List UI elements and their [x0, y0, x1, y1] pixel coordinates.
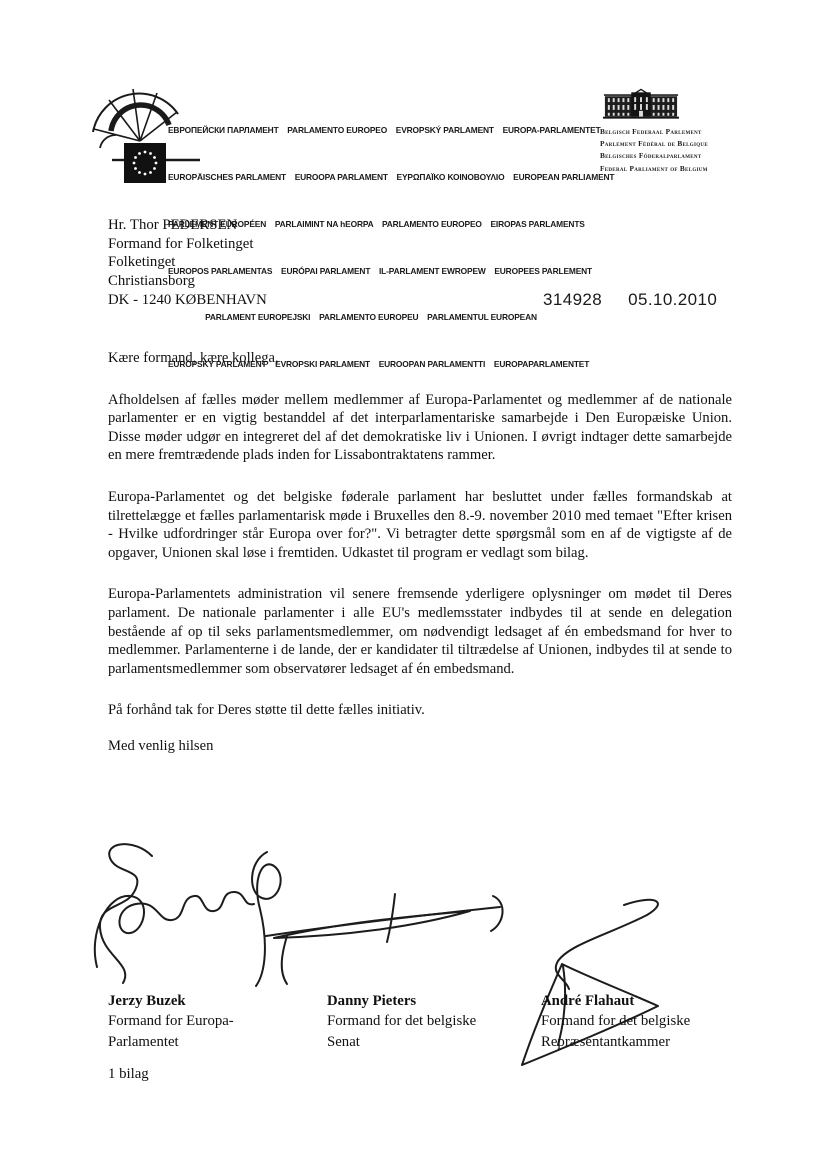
enclosure-note: 1 bilag [108, 1066, 149, 1083]
letter-body: Kære formand, kære kollega, Afholdelsen … [108, 349, 732, 779]
reference-number: 314928 [543, 290, 602, 310]
eu-flag-icon [124, 143, 166, 183]
body-paragraph: Europa-Parlamentets administration vil s… [108, 585, 732, 678]
signatory-buzek: Jerzy Buzek Formand for Europa- Parlamen… [108, 991, 234, 1052]
belgian-parliament-name-line: Belgisches Föderalparlament [600, 150, 740, 162]
signatory-title: Senat [327, 1032, 476, 1052]
signatory-title: Formand for det belgiske [327, 1011, 476, 1031]
thanks-line: På forhånd tak for Deres støtte til dett… [108, 701, 732, 720]
ep-name-line: PARLAMENT EUROPEJSKI PARLAMENTO EUROPEU … [168, 310, 574, 326]
signatory-name: Danny Pieters [327, 991, 476, 1011]
signatory-flahaut: André Flahaut Formand for det belgiske R… [541, 991, 690, 1052]
recipient-address: Hr. Thor PEDERSEN Formand for Folketinge… [108, 216, 267, 310]
signatory-name: André Flahaut [541, 991, 690, 1011]
belgian-parliament-name-line: Federal Parliament of Belgium [600, 163, 740, 175]
recipient-building: Christiansborg [108, 272, 267, 291]
letter-page: ЕВРОПЕЙСКИ ПАРЛАМЕНТ PARLAMENTO EUROPEO … [0, 0, 827, 1169]
belgian-parliament-logo: Belgisch Federaal Parlement Parlement Fé… [600, 88, 740, 175]
belgian-parliament-name-line: Belgisch Federaal Parlement [600, 126, 740, 138]
recipient-institution: Folketinget [108, 253, 267, 272]
belgian-parliament-name-line: Parlement Fédéral de Belgique [600, 138, 740, 150]
body-paragraph: Europa-Parlamentet og det belgiske føder… [108, 488, 732, 562]
salutation: Kære formand, kære kollega, [108, 349, 732, 368]
body-paragraph: Afholdelsen af fælles møder mellem medle… [108, 391, 732, 465]
signatory-title: Formand for det belgiske [541, 1011, 690, 1031]
signatory-pieters: Danny Pieters Formand for det belgiske S… [327, 991, 476, 1052]
parliament-building-icon [602, 88, 680, 122]
signatory-title: Formand for Europa- [108, 1011, 234, 1031]
ep-name-line: EUROPÄISCHES PARLAMENT EUROOPA PARLAMENT… [168, 170, 574, 186]
signature-pieters [252, 884, 516, 988]
signatory-title: Parlamentet [108, 1032, 234, 1052]
signatory-name: Jerzy Buzek [108, 991, 234, 1011]
reference-block: 314928 05.10.2010 [543, 290, 717, 310]
ep-name-line: ЕВРОПЕЙСКИ ПАРЛАМЕНТ PARLAMENTO EUROPEO … [168, 123, 574, 139]
recipient-name: Hr. Thor PEDERSEN [108, 216, 267, 235]
recipient-city: DK - 1240 KØBENHAVN [108, 291, 267, 310]
signature-buzek [90, 836, 328, 990]
signatory-title: Repræsentantkammer [541, 1032, 690, 1052]
closing-line: Med venlig hilsen [108, 737, 732, 756]
recipient-title: Formand for Folketinget [108, 235, 267, 254]
reference-date: 05.10.2010 [628, 290, 717, 310]
